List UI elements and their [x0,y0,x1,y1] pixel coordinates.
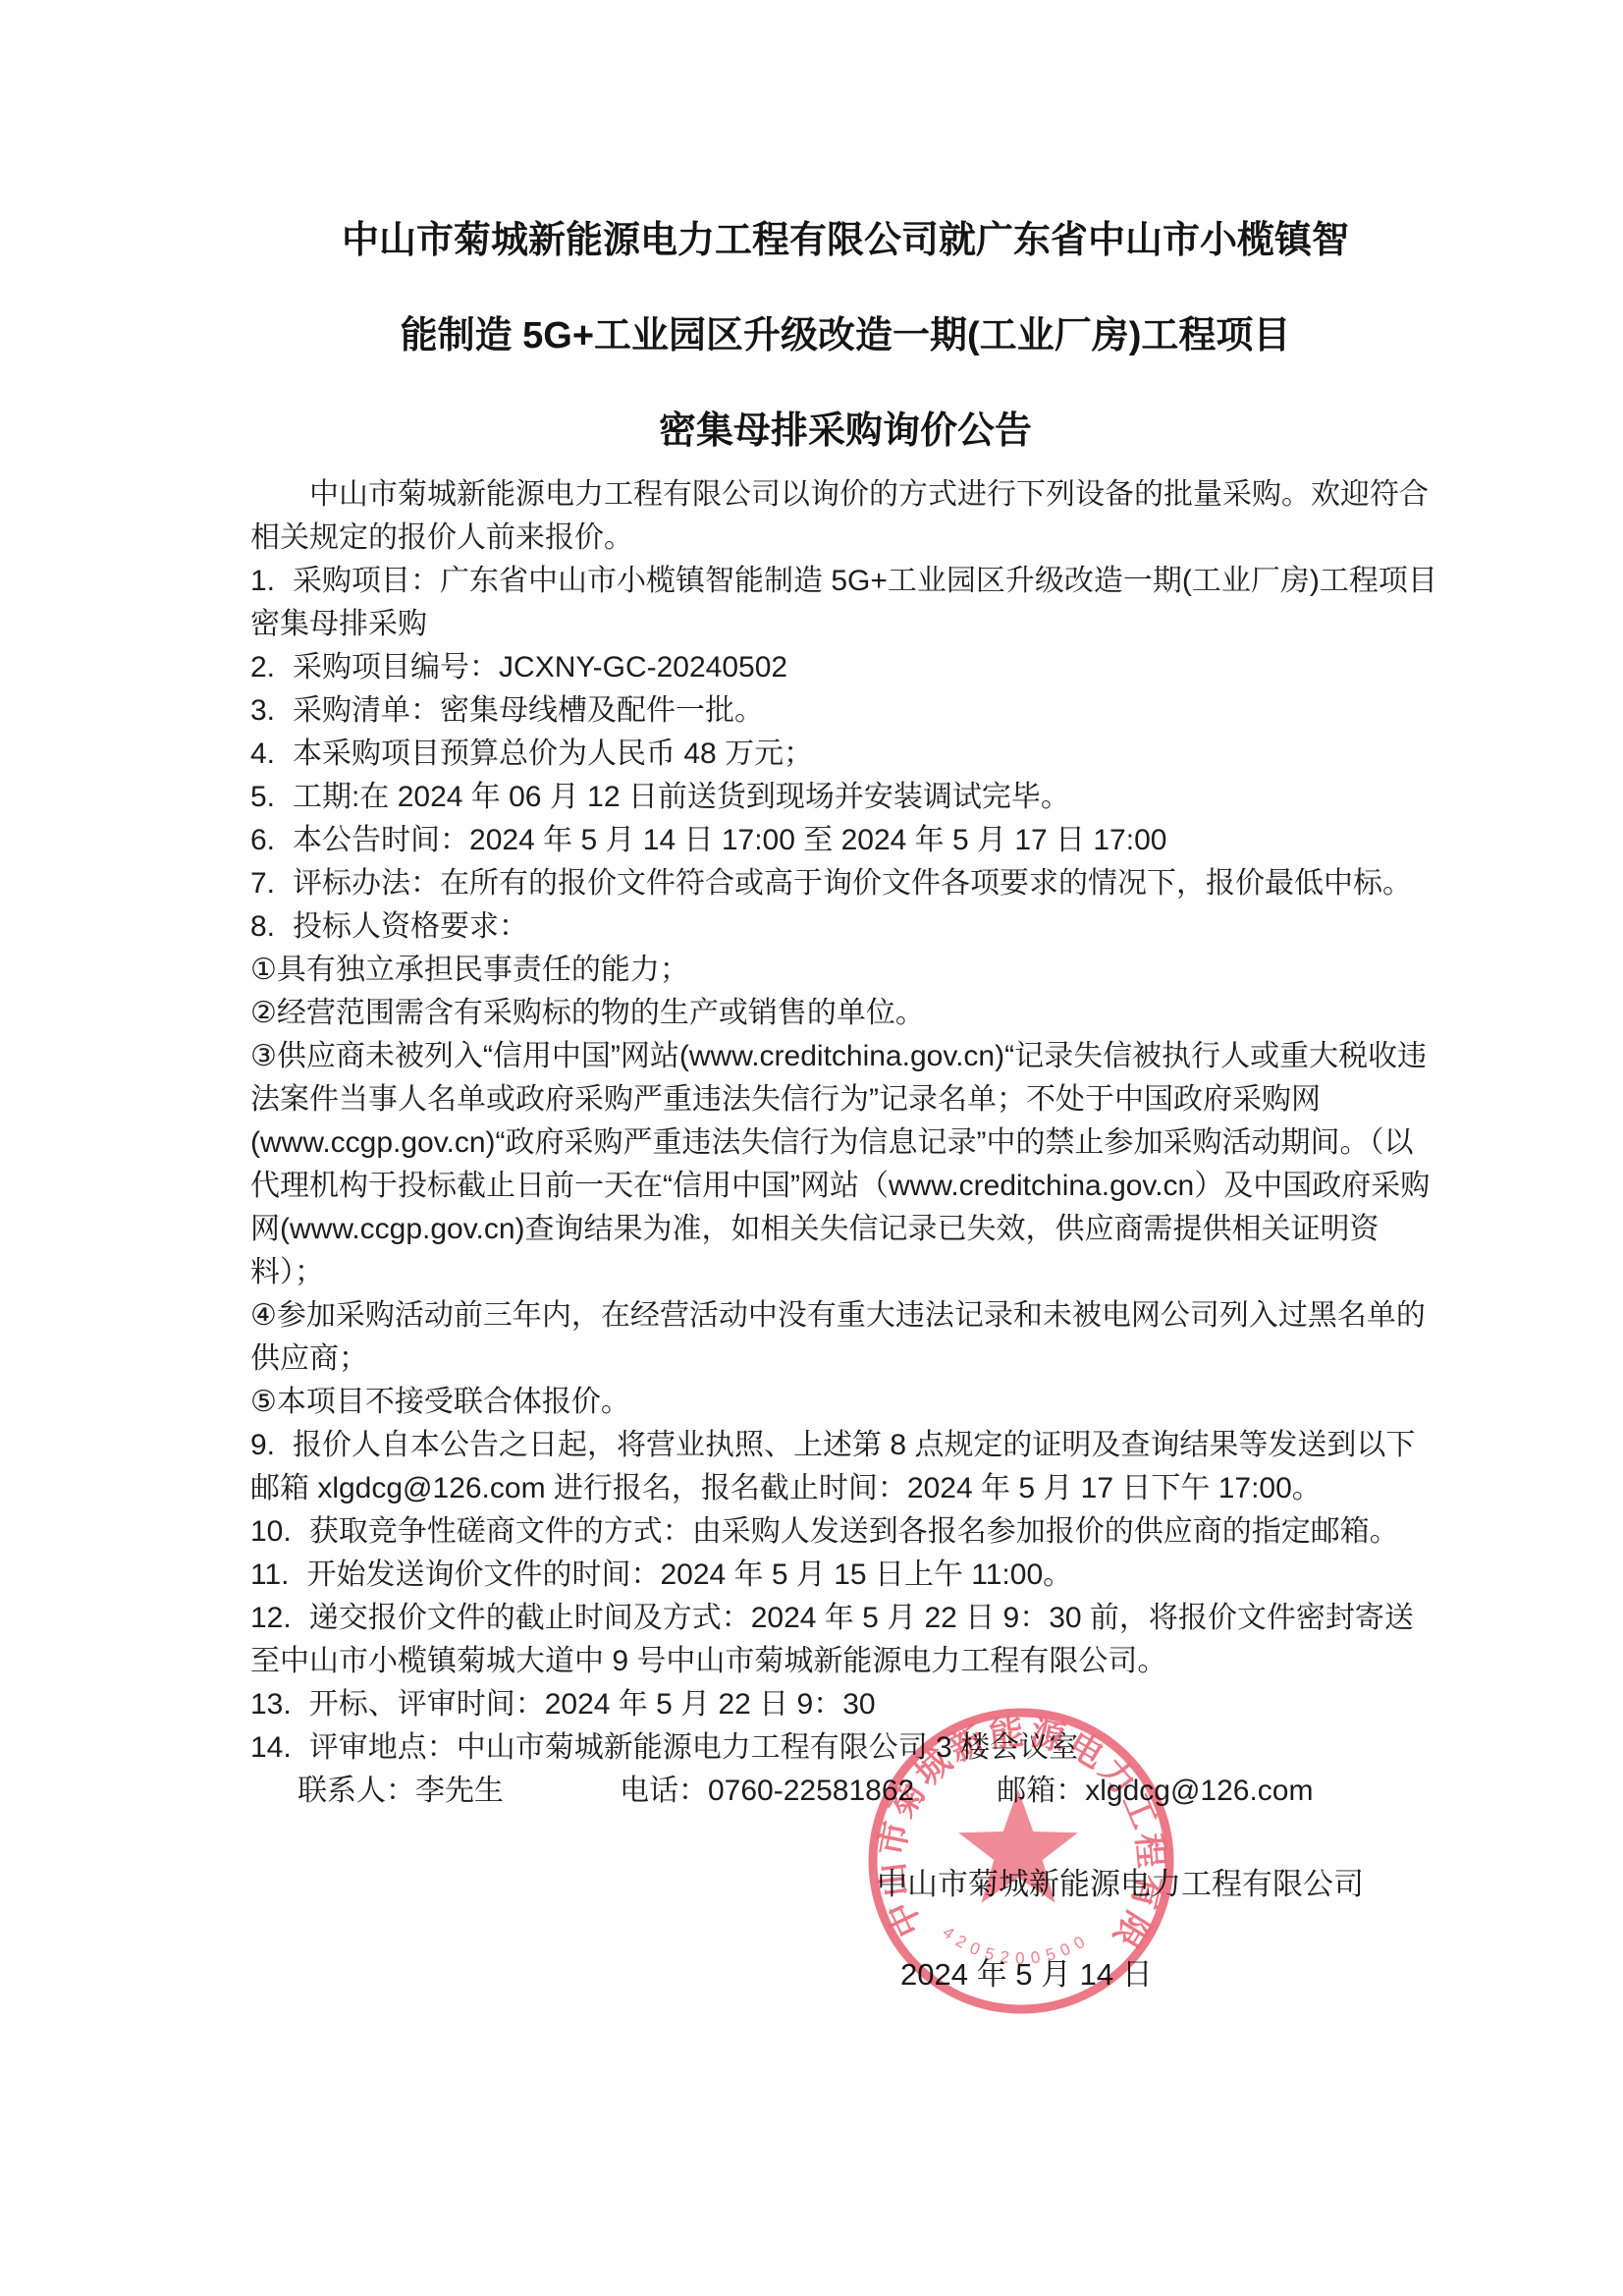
list-item-10: 10.获取竞争性磋商文件的方式：由采购人发送到各报名参加报价的供应商的指定邮箱。 [250,1510,1440,1554]
qualification-item-4: ④参加采购活动前三年内，在经营活动中没有重大违法记录和未被电网公司列入过黑名单的… [250,1294,1440,1381]
item-number: 10. [250,1515,292,1548]
item-text: 本采购项目预算总价为人民币 48 万元； [293,738,813,770]
item-text: 评标办法：在所有的报价文件符合或高于询价文件各项要求的情况下，报价最低中标。 [293,867,1412,900]
item-number: 8. [250,910,275,943]
signature-company-name: 中山市菊城新能源电力工程有限公司 [877,1867,1364,1902]
contact-email-label: 邮箱： [997,1775,1085,1807]
item-number: 13. [250,1688,292,1721]
item-number: 4. [250,738,275,770]
contact-phone-value: 0760-22581862 [708,1775,914,1807]
list-item-13: 13.开标、评审时间：2024 年 5 月 22 日 9：30 [250,1683,1440,1726]
qualification-item-1: ①具有独立承担民事责任的能力； [250,949,1440,992]
contact-person-label: 联系人： [298,1775,415,1807]
document-title-line-1: 中山市菊城新能源电力工程有限公司就广东省中山市小榄镇智 [250,222,1440,259]
item-number: 9. [250,1429,275,1461]
item-text: 递交报价文件的截止时间及方式：2024 年 5 月 22 日 9：30 前，将报… [250,1602,1414,1677]
item-number: 5. [250,781,275,813]
intro-paragraph: 中山市菊城新能源电力工程有限公司以询价的方式进行下列设备的批量采购。欢迎符合相关… [250,473,1440,560]
item-text: 开始发送询价文件的时间：2024 年 5 月 15 日上午 11:00。 [306,1558,1072,1591]
item-text: 获取竞争性磋商文件的方式：由采购人发送到各报名参加报价的供应商的指定邮箱。 [309,1515,1399,1548]
item-text: ⑤本项目不接受联合体报价。 [250,1386,630,1418]
item-number: 1. [250,565,275,597]
item-text: 本公告时间：2024 年 5 月 14 日 17:00 至 2024 年 5 月… [293,824,1166,856]
list-item-12: 12.递交报价文件的截止时间及方式：2024 年 5 月 22 日 9：30 前… [250,1597,1440,1683]
item-number: 3. [250,694,275,727]
item-text: 投标人资格要求： [293,910,528,943]
item-text: 采购项目：广东省中山市小榄镇智能制造 5G+工业园区升级改造一期(工业厂房)工程… [250,565,1437,640]
item-text: ①具有独立承担民事责任的能力； [250,954,689,986]
item-text: 开标、评审时间：2024 年 5 月 22 日 9：30 [309,1688,876,1721]
list-item-3: 3.采购清单：密集母线槽及配件一批。 [250,689,1440,733]
contact-person-value: 李先生 [415,1775,504,1807]
list-item-14: 14.评审地点：中山市菊城新能源电力工程有限公司 3 楼会议室 [250,1726,1440,1770]
document-body: 中山市菊城新能源电力工程有限公司以询价的方式进行下列设备的批量采购。欢迎符合相关… [250,473,1440,1813]
list-item-7: 7.评标办法：在所有的报价文件符合或高于询价文件各项要求的情况下，报价最低中标。 [250,862,1440,905]
list-item-11: 11.开始发送询价文件的时间：2024 年 5 月 15 日上午 11:00。 [250,1554,1440,1597]
item-number: 6. [250,824,275,856]
qualification-item-2: ②经营范围需含有采购标的物的生产或销售的单位。 [250,992,1440,1035]
list-item-6: 6.本公告时间：2024 年 5 月 14 日 17:00 至 2024 年 5… [250,819,1440,862]
document-page: 中山市菊城新能源电力工程有限公司就广东省中山市小榄镇智 能制造 5G+工业园区升… [250,222,1440,1813]
document-title-line-2: 能制造 5G+工业园区升级改造一期(工业厂房)工程项目 [250,317,1440,355]
item-text: ③供应商未被列入“信用中国”网站(www.creditchina.gov.cn)… [250,1040,1430,1288]
item-number: 12. [250,1602,292,1634]
signature-date: 2024 年 5 月 14 日 [900,1957,1153,1993]
contact-phone-label: 电话： [620,1775,708,1807]
item-text: 报价人自本公告之日起，将营业执照、上述第 8 点规定的证明及查询结果等发送到以下… [250,1429,1415,1504]
qualification-item-3: ③供应商未被列入“信用中国”网站(www.creditchina.gov.cn)… [250,1035,1440,1294]
qualification-item-5: ⑤本项目不接受联合体报价。 [250,1381,1440,1424]
item-number: 7. [250,867,275,900]
list-item-8: 8.投标人资格要求： [250,905,1440,949]
list-item-5: 5.工期:在 2024 年 06 月 12 日前送货到现场并安装调试完毕。 [250,776,1440,819]
item-text: 采购项目编号：JCXNY-GC-20240502 [293,651,787,683]
item-number: 11. [250,1558,289,1591]
item-number: 14. [250,1731,292,1764]
item-text: 采购清单：密集母线槽及配件一批。 [293,694,764,727]
item-text: ④参加采购活动前三年内，在经营活动中没有重大违法记录和未被电网公司列入过黑名单的… [250,1299,1426,1375]
document-title-line-3: 密集母排采购询价公告 [250,412,1440,450]
item-text: ②经营范围需含有采购标的物的生产或销售的单位。 [250,997,925,1029]
item-text: 评审地点：中山市菊城新能源电力工程有限公司 3 楼会议室 [309,1731,1078,1764]
list-item-1: 1.采购项目：广东省中山市小榄镇智能制造 5G+工业园区升级改造一期(工业厂房)… [250,560,1440,646]
contact-line: 联系人：李先生电话：0760-22581862邮箱：xlgdcg@126.com [250,1770,1440,1813]
contact-email-value: xlgdcg@126.com [1085,1775,1313,1807]
list-item-9: 9.报价人自本公告之日起，将营业执照、上述第 8 点规定的证明及查询结果等发送到… [250,1424,1440,1510]
list-item-2: 2.采购项目编号：JCXNY-GC-20240502 [250,646,1440,689]
item-text: 工期:在 2024 年 06 月 12 日前送货到现场并安装调试完毕。 [293,781,1070,813]
item-number: 2. [250,651,275,683]
list-item-4: 4.本采购项目预算总价为人民币 48 万元； [250,733,1440,776]
